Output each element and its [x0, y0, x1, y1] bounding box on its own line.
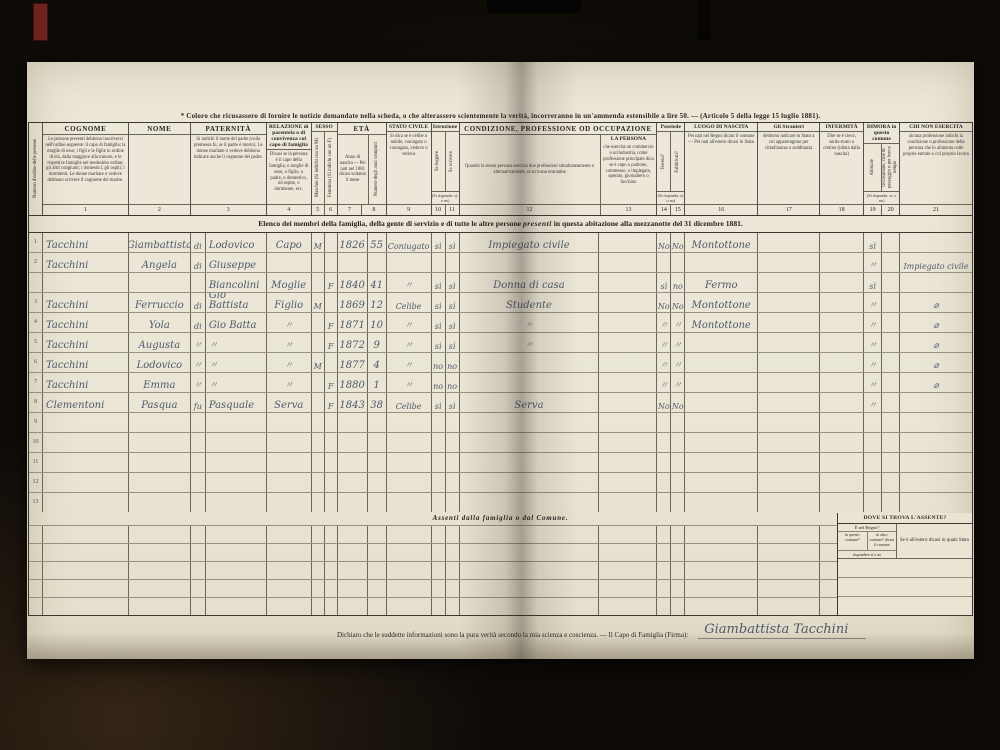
cell-terreni: [657, 580, 671, 597]
column-infermita: INFERMITÀ Dire se è cieco, sordo-muto o …: [820, 123, 864, 215]
cell-luogo-nascita: [685, 393, 758, 412]
cell-sa-leggere: sì: [432, 293, 446, 312]
cell-condizione: [460, 353, 600, 372]
table-row: 9: [29, 413, 972, 433]
cell-paternita-prefix: [191, 580, 206, 597]
cell-terreni: 〃: [657, 313, 671, 332]
cell-sa-scrivere: sì: [446, 313, 460, 332]
cell-anno-nascita: [338, 562, 368, 579]
cell-stranieri: [758, 313, 820, 332]
cell-luogo-nascita: [685, 598, 758, 615]
cell-cognome: Tacchini: [43, 233, 129, 252]
cell-paternita: Giuseppe: [206, 253, 267, 272]
cell-anni-compiuti: [368, 473, 387, 492]
fabbricati-label: Fabbricati?: [675, 151, 681, 173]
cell-fabbricati: [671, 598, 685, 615]
cell-anni-compiuti: 1: [368, 373, 387, 392]
cell-cognome: [43, 544, 129, 561]
cell-sesso-m: M: [312, 233, 325, 252]
cell-fabbricati: [671, 493, 685, 512]
cell-dimora-abituale: [864, 493, 882, 512]
cell-nome: [129, 526, 191, 543]
cell-dimora-abituale: 〃: [864, 333, 882, 352]
cell-paternita-prefix: [191, 433, 206, 452]
cell-sesso-f: F: [325, 333, 338, 352]
cell-cognome: [43, 598, 129, 615]
cell-paternita: [206, 544, 267, 561]
row-number: [29, 562, 43, 579]
cell-sesso-m: [312, 313, 325, 332]
cell-sesso-f: [325, 493, 338, 512]
cell-la-persona: [599, 473, 657, 492]
cell-anno-nascita: [338, 473, 368, 492]
cell-anni-compiuti: 12: [368, 293, 387, 312]
cell-fabbricati: [671, 433, 685, 452]
row-number: [29, 580, 43, 597]
cell-sesso-m: M: [312, 353, 325, 372]
cell-relazione: [267, 562, 312, 579]
column-chi-non-esercita: CHI NON ESERCITA alcuna professione indi…: [900, 123, 972, 215]
cell-stranieri: [758, 580, 820, 597]
cell-stato-civile: [387, 453, 432, 472]
cell-nome: [129, 562, 191, 579]
cell-luogo-nascita: [685, 353, 758, 372]
cell-terreni: [657, 473, 671, 492]
cell-stato-civile: [387, 253, 432, 272]
cell-nome: [129, 598, 191, 615]
column-possiede: Possiede Terreni? Fabbricati? (Si rispon…: [657, 123, 685, 215]
cell-luogo-nascita: [685, 526, 758, 543]
cell-relazione: 〃: [267, 333, 312, 352]
cell-fabbricati: 〃: [671, 313, 685, 332]
census-table: Numero d'ordine delle persone COGNOME Le…: [28, 122, 973, 616]
cell-sa-scrivere: sì: [446, 273, 460, 292]
absent-box-footer: rispondere sì o no: [838, 550, 896, 558]
cell-cognome: [43, 473, 129, 492]
cell-sa-leggere: no: [432, 353, 446, 372]
row-number: 8: [29, 393, 43, 412]
cell-nome: [129, 413, 191, 432]
cell-anni-compiuti: [368, 562, 387, 579]
cell-la-persona: [599, 562, 657, 579]
cell-la-persona: [599, 373, 657, 392]
cell-stato-civile: 〃: [387, 333, 432, 352]
cell-relazione: Figlio: [267, 293, 312, 312]
cell-sesso-f: [325, 413, 338, 432]
cell-anno-nascita: [338, 253, 368, 272]
cell-dimora-occasionale: [882, 293, 900, 312]
column-nome: NOME 2: [129, 123, 191, 215]
cell-sa-leggere: sì: [432, 393, 446, 412]
cell-infermita: [820, 353, 864, 372]
cell-anno-nascita: 1872: [338, 333, 368, 352]
cell-la-persona: [599, 273, 657, 292]
cell-anno-nascita: 1880: [338, 373, 368, 392]
cell-fabbricati: [671, 453, 685, 472]
istruzione-footer: (Si risponda: sì, o no): [432, 191, 459, 204]
cell-stranieri: [758, 273, 820, 292]
cell-cognome: Tacchini: [43, 293, 129, 312]
cognome-desc: Le persone presenti debbono inscriversi …: [43, 135, 128, 204]
table-row: [29, 544, 972, 562]
infermita-desc: Dire se è cieco, sordo-muto o cretino (i…: [820, 132, 863, 204]
luogo-desc: Pei nati nel Regno dicasi il comune — Pe…: [685, 132, 757, 204]
cell-condizione: 〃: [460, 313, 600, 332]
column-stato-civile: STATO CIVILE Si dica se è celibe o nubil…: [387, 123, 432, 215]
cell-stranieri: [758, 562, 820, 579]
cell-stato-civile: [387, 473, 432, 492]
col-number: 19: [864, 205, 881, 215]
red-bookmark-tab: [33, 3, 48, 41]
col-number: 14: [657, 205, 670, 215]
cell-chi-non-esercita: [900, 273, 972, 292]
cell-sa-leggere: [432, 562, 446, 579]
cell-nome: [129, 453, 191, 472]
cell-nome: Emma: [129, 373, 191, 392]
cell-sesso-f: [325, 253, 338, 272]
cell-terreni: [657, 526, 671, 543]
cell-luogo-nascita: [685, 433, 758, 452]
cell-anno-nascita: [338, 580, 368, 597]
cell-luogo-nascita: [685, 453, 758, 472]
cell-sesso-m: [312, 393, 325, 412]
cell-paternita-prefix: [191, 413, 206, 432]
cell-paternita: [206, 526, 267, 543]
cell-terreni: [657, 544, 671, 561]
cell-nome: Ferruccio: [129, 293, 191, 312]
cell-paternita: [206, 453, 267, 472]
cell-relazione: [267, 526, 312, 543]
table-row: 10: [29, 433, 972, 453]
cell-anni-compiuti: 38: [368, 393, 387, 412]
row-number: 3: [29, 293, 43, 312]
cell-dimora-occasionale: [882, 393, 900, 412]
row-number: 7: [29, 373, 43, 392]
present-title-suffix: in questa abitazione alla mezzanotte del…: [552, 219, 743, 228]
cell-sa-leggere: [432, 580, 446, 597]
cell-chi-non-esercita: ⌀: [900, 313, 972, 332]
table-row: 13: [29, 493, 972, 512]
cell-sesso-f: [325, 293, 338, 312]
cell-sesso-m: [312, 453, 325, 472]
cell-relazione: [267, 544, 312, 561]
cell-condizione: Impiegato civile: [460, 233, 600, 252]
cell-infermita: [820, 493, 864, 512]
cell-relazione: 〃: [267, 373, 312, 392]
cell-paternita-prefix: [191, 453, 206, 472]
cell-la-persona: [599, 293, 657, 312]
table-row: 2TacchiniAngeladiGiuseppe〃Impiegato civi…: [29, 253, 972, 273]
cell-cognome: Tacchini: [43, 353, 129, 372]
cell-luogo-nascita: Montottone: [685, 293, 758, 312]
cell-sesso-f: [325, 580, 338, 597]
cell-stranieri: [758, 253, 820, 272]
cell-chi-non-esercita: Impiegato civile: [900, 253, 972, 272]
nome-title: NOME: [129, 123, 190, 135]
row-number: 10: [29, 433, 43, 452]
cell-dimora-abituale: 〃: [864, 313, 882, 332]
column-numero-ordine: Numero d'ordine delle persone: [29, 123, 43, 215]
cell-relazione: Serva: [267, 393, 312, 412]
cell-paternita-prefix: [191, 493, 206, 512]
cell-luogo-nascita: [685, 580, 758, 597]
cell-sesso-f: [325, 433, 338, 452]
cell-chi-non-esercita: [900, 413, 972, 432]
cell-cognome: Clementoni: [43, 393, 129, 412]
cell-anni-compiuti: [368, 526, 387, 543]
cell-fabbricati: [671, 253, 685, 272]
cell-stranieri: [758, 598, 820, 615]
row-number: 12: [29, 473, 43, 492]
column-relazione: RELAZIONE di parentela o di convivenza c…: [267, 123, 312, 215]
absent-location-box: DOVE SI TROVA L'ASSENTE? È nel Regno? in…: [837, 513, 972, 615]
cell-fabbricati: No: [671, 393, 685, 412]
cell-sesso-m: [312, 526, 325, 543]
table-row: 6TacchiniLodovico〃〃〃M18774〃nono〃〃〃⌀: [29, 353, 972, 373]
absent-section-title: Assenti dalla famiglia o dal Comune.: [29, 512, 972, 526]
cell-paternita: 〃: [206, 353, 267, 372]
col-number: 9: [387, 205, 431, 215]
cell-chi-non-esercita: [900, 393, 972, 412]
cell-paternita: Gio Batta: [206, 313, 267, 332]
cell-la-persona: [599, 453, 657, 472]
cell-infermita: [820, 413, 864, 432]
cell-cognome: [43, 562, 129, 579]
col-number: 4: [267, 205, 311, 215]
cell-paternita: [206, 413, 267, 432]
cell-sesso-m: [312, 580, 325, 597]
cell-anno-nascita: 1869: [338, 293, 368, 312]
cell-fabbricati: 〃: [671, 333, 685, 352]
cell-anno-nascita: [338, 433, 368, 452]
declaration-text: Dichiaro che le suddette informazioni so…: [337, 631, 688, 639]
paternita-desc: Si indichi il nome del padre (colla prem…: [191, 135, 266, 204]
cell-paternita-prefix: di: [191, 313, 206, 332]
cell-paternita: 〃: [206, 333, 267, 352]
cell-paternita-prefix: fu: [191, 393, 206, 412]
cell-la-persona: [599, 433, 657, 452]
cell-luogo-nascita: [685, 333, 758, 352]
stato-civile-title: STATO CIVILE: [387, 123, 431, 132]
cell-condizione: [460, 493, 600, 512]
cell-anno-nascita: 1840: [338, 273, 368, 292]
cell-anni-compiuti: 4: [368, 353, 387, 372]
present-section-title: Elenco dei membri della famiglia, della …: [29, 216, 972, 233]
cell-relazione: [267, 453, 312, 472]
cell-dimora-occasionale: [882, 433, 900, 452]
cell-sesso-f: F: [325, 273, 338, 292]
cell-stato-civile: [387, 562, 432, 579]
cell-terreni: [657, 413, 671, 432]
absent-rows-body: [29, 526, 972, 615]
cell-stato-civile: Coniugato: [387, 233, 432, 252]
cell-anno-nascita: 1843: [338, 393, 368, 412]
condizione-group-title: CONDIZIONE, PROFESSIONE OD OCCUPAZIONE: [460, 123, 657, 135]
present-title-prefix: Elenco dei membri della famiglia, della …: [258, 219, 523, 228]
cell-condizione: [460, 598, 600, 615]
row-number: 9: [29, 413, 43, 432]
cell-anni-compiuti: [368, 433, 387, 452]
cell-dimora-abituale: 〃: [864, 373, 882, 392]
cell-sa-scrivere: [446, 453, 460, 472]
col-number: 10: [432, 205, 445, 215]
cell-anno-nascita: [338, 453, 368, 472]
sa-scrivere-label: Sa scrivere: [449, 151, 455, 172]
cell-dimora-abituale: [864, 433, 882, 452]
la-persona-title: LA PERSONA: [610, 135, 647, 143]
cell-stranieri: [758, 413, 820, 432]
cell-condizione: Donna di casa: [460, 273, 600, 292]
cell-paternita: Pasquale: [206, 393, 267, 412]
column-luogo-nascita: LUOGO DI NASCITA Pei nati nel Regno dica…: [685, 123, 758, 215]
cell-sesso-m: [312, 273, 325, 292]
cell-terreni: No: [657, 233, 671, 252]
table-row: [29, 562, 972, 580]
cell-sa-leggere: no: [432, 373, 446, 392]
cell-stato-civile: 〃: [387, 353, 432, 372]
cell-dimora-occasionale: [882, 473, 900, 492]
cell-luogo-nascita: [685, 413, 758, 432]
sesso-femmina-label: Femmina (Si indichi con un F): [328, 138, 334, 197]
col-number: 8: [361, 205, 385, 215]
row-number: [29, 544, 43, 561]
cell-relazione: [267, 580, 312, 597]
cell-chi-non-esercita: [900, 433, 972, 452]
cell-paternita: [206, 433, 267, 452]
cell-cognome: [43, 453, 129, 472]
cell-la-persona: [599, 393, 657, 412]
cell-terreni: 〃: [657, 333, 671, 352]
table-row: 1TacchiniGiambattistadiLodovicoCapoM1826…: [29, 233, 972, 253]
absent-box-regno-label: È nel Regno?: [838, 524, 896, 532]
cell-la-persona: [599, 413, 657, 432]
cell-sesso-f: [325, 453, 338, 472]
cell-infermita: [820, 333, 864, 352]
cell-paternita: Biancolini: [206, 273, 267, 292]
row-number: 2: [29, 253, 43, 272]
cell-sa-leggere: [432, 433, 446, 452]
cell-sa-leggere: sì: [432, 273, 446, 292]
cell-condizione: [460, 453, 600, 472]
cell-stato-civile: [387, 413, 432, 432]
cell-sesso-m: [312, 562, 325, 579]
column-group-condizione: CONDIZIONE, PROFESSIONE OD OCCUPAZIONE Q…: [460, 123, 658, 215]
cell-luogo-nascita: Montottone: [685, 313, 758, 332]
cell-terreni: [657, 253, 671, 272]
eta-anno-desc: Anno di nascita — Pei nati nel 1881 dica…: [338, 154, 368, 185]
col-number: 7: [338, 205, 361, 215]
nome-desc: [129, 135, 190, 204]
table-row: [29, 580, 972, 598]
cell-cognome: Tacchini: [43, 333, 129, 352]
cell-la-persona: [599, 313, 657, 332]
cell-fabbricati: [671, 580, 685, 597]
cell-sa-scrivere: [446, 598, 460, 615]
cell-cognome: [43, 273, 129, 292]
possiede-title: Possiede: [657, 123, 684, 132]
cell-sa-leggere: [432, 413, 446, 432]
cell-stato-civile: 〃: [387, 273, 432, 292]
cell-sesso-m: [312, 433, 325, 452]
cell-stranieri: [758, 493, 820, 512]
cell-condizione: [460, 253, 600, 272]
cell-paternita: [206, 473, 267, 492]
cell-la-persona: [599, 598, 657, 615]
cell-sa-scrivere: no: [446, 373, 460, 392]
column-paternita: PATERNITÀ Si indichi il nome del padre (…: [191, 123, 267, 215]
paternita-title: PATERNITÀ: [191, 123, 266, 135]
table-row: 3TacchiniFerrucciodiGio BattistaFiglioM1…: [29, 293, 972, 313]
cell-relazione: Moglie: [267, 273, 312, 292]
col-number: 12: [460, 205, 600, 215]
cell-sesso-m: [312, 333, 325, 352]
table-row: 11: [29, 453, 972, 473]
cell-la-persona: [599, 580, 657, 597]
cell-nome: Augusta: [129, 333, 191, 352]
present-title-emphasis: presenti: [523, 219, 552, 228]
cell-cognome: [43, 433, 129, 452]
cell-condizione: 〃: [460, 333, 600, 352]
cell-anni-compiuti: [368, 544, 387, 561]
cell-sesso-m: [312, 493, 325, 512]
cell-chi-non-esercita: [900, 453, 972, 472]
cell-sa-scrivere: [446, 526, 460, 543]
cell-sa-leggere: [432, 493, 446, 512]
cell-paternita: Gio Battista: [206, 293, 267, 312]
cell-fabbricati: [671, 544, 685, 561]
cell-stranieri: [758, 393, 820, 412]
cell-nome: Lodovico: [129, 353, 191, 372]
cell-sa-leggere: [432, 544, 446, 561]
table-row: 12: [29, 473, 972, 493]
cell-luogo-nascita: [685, 493, 758, 512]
photo-background: * Coloro che ricusassero di fornire le n…: [0, 0, 1000, 750]
cell-sa-scrivere: [446, 413, 460, 432]
cell-stranieri: [758, 233, 820, 252]
declaration-line: Dichiaro che le suddette informazioni so…: [337, 622, 968, 639]
cell-stranieri: [758, 544, 820, 561]
cell-nome: [129, 273, 191, 292]
cell-sesso-m: [312, 473, 325, 492]
sa-leggere-label: Sa leggere: [435, 151, 441, 171]
cell-paternita-prefix: [191, 526, 206, 543]
col-number: 13: [601, 205, 657, 215]
present-rows-body: 1TacchiniGiambattistadiLodovicoCapoM1826…: [29, 233, 972, 512]
cell-paternita-prefix: [191, 544, 206, 561]
cell-stato-civile: [387, 580, 432, 597]
cell-sa-scrivere: [446, 433, 460, 452]
cell-relazione: [267, 413, 312, 432]
condizione-desc: Quando la stessa persona esercita due pr…: [460, 135, 600, 204]
cell-sa-scrivere: [446, 253, 460, 272]
cell-anni-compiuti: 10: [368, 313, 387, 332]
cell-nome: Pasqua: [129, 393, 191, 412]
dimora-abituale-label: Abituale: [870, 159, 876, 176]
eta-title: ETÀ: [338, 123, 386, 135]
column-cognome: COGNOME Le persone presenti debbono insc…: [43, 123, 129, 215]
cell-sesso-f: [325, 598, 338, 615]
cell-paternita-prefix: [191, 473, 206, 492]
table-row: 8ClementoniPasquafuPasqualeServaF184338C…: [29, 393, 972, 413]
cell-dimora-occasionale: [882, 233, 900, 252]
cell-terreni: No: [657, 393, 671, 412]
cell-anni-compiuti: [368, 413, 387, 432]
cell-infermita: [820, 433, 864, 452]
cell-paternita-prefix: 〃: [191, 353, 206, 372]
document-clamp-strip: [697, 0, 711, 40]
cell-sesso-m: [312, 413, 325, 432]
cell-la-persona: [599, 353, 657, 372]
